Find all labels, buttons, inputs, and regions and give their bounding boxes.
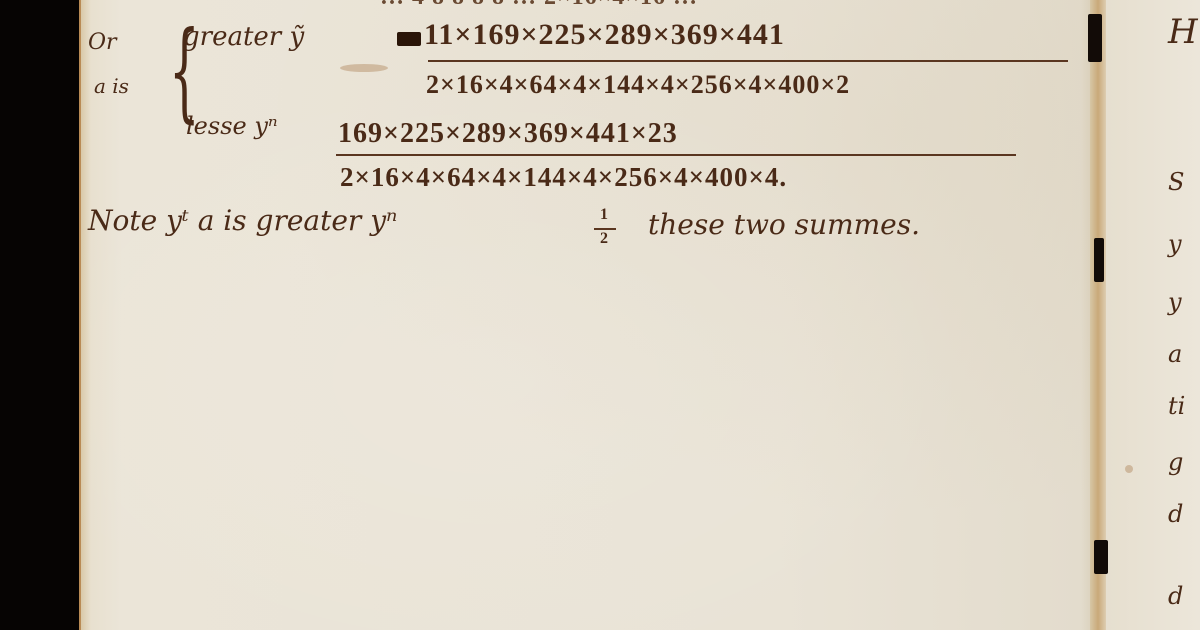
margin-glyph: S	[1168, 168, 1184, 196]
dark-background	[0, 0, 82, 630]
subject-a-is: a is	[94, 74, 129, 98]
right-page	[1106, 0, 1200, 630]
relation-greater: greater ỹ	[183, 22, 304, 52]
note-text-start: Note yᵗ a is greater yⁿ	[88, 204, 397, 237]
fraction2-denominator: 2×16×4×64×4×144×4×256×4×400×4.	[340, 162, 787, 193]
ink-stain	[1125, 465, 1133, 473]
binding-hole	[1088, 14, 1102, 62]
note-fraction-numerator: 1	[600, 206, 609, 224]
margin-glyph: d	[1168, 582, 1183, 610]
note-text-end: these two summes.	[648, 208, 920, 241]
note-fraction-denominator: 2	[600, 230, 609, 248]
margin-glyph: H	[1168, 12, 1198, 52]
fraction2-numerator: 169×225×289×369×441×23	[338, 118, 678, 150]
manuscript-spread: … 4 8 8 8 8 … 2×16×4×16 … Or a is { grea…	[0, 0, 1200, 630]
fraction1-denominator: 2×16×4×64×4×144×4×256×4×400×2	[426, 70, 850, 100]
margin-glyph: y	[1168, 288, 1182, 316]
prefix-or: Or	[88, 30, 117, 55]
fraction1-bar	[428, 60, 1068, 62]
fraction1-numerator: 11×169×225×289×369×441	[424, 18, 785, 52]
margin-glyph: g	[1168, 448, 1183, 476]
binding-hole	[1094, 540, 1108, 574]
margin-glyph: d	[1168, 500, 1183, 528]
ink-stain	[340, 64, 388, 72]
margin-glyph: ti	[1168, 392, 1185, 420]
relation-lesse: lesse yⁿ	[186, 112, 278, 140]
top-partial-line: … 4 8 8 8 8 … 2×16×4×16 …	[380, 0, 698, 11]
binding-hole	[1094, 238, 1104, 282]
fraction2-bar	[336, 154, 1016, 156]
ink-blot	[397, 32, 421, 46]
margin-glyph: y	[1168, 230, 1182, 258]
margin-glyph: a	[1168, 340, 1182, 368]
